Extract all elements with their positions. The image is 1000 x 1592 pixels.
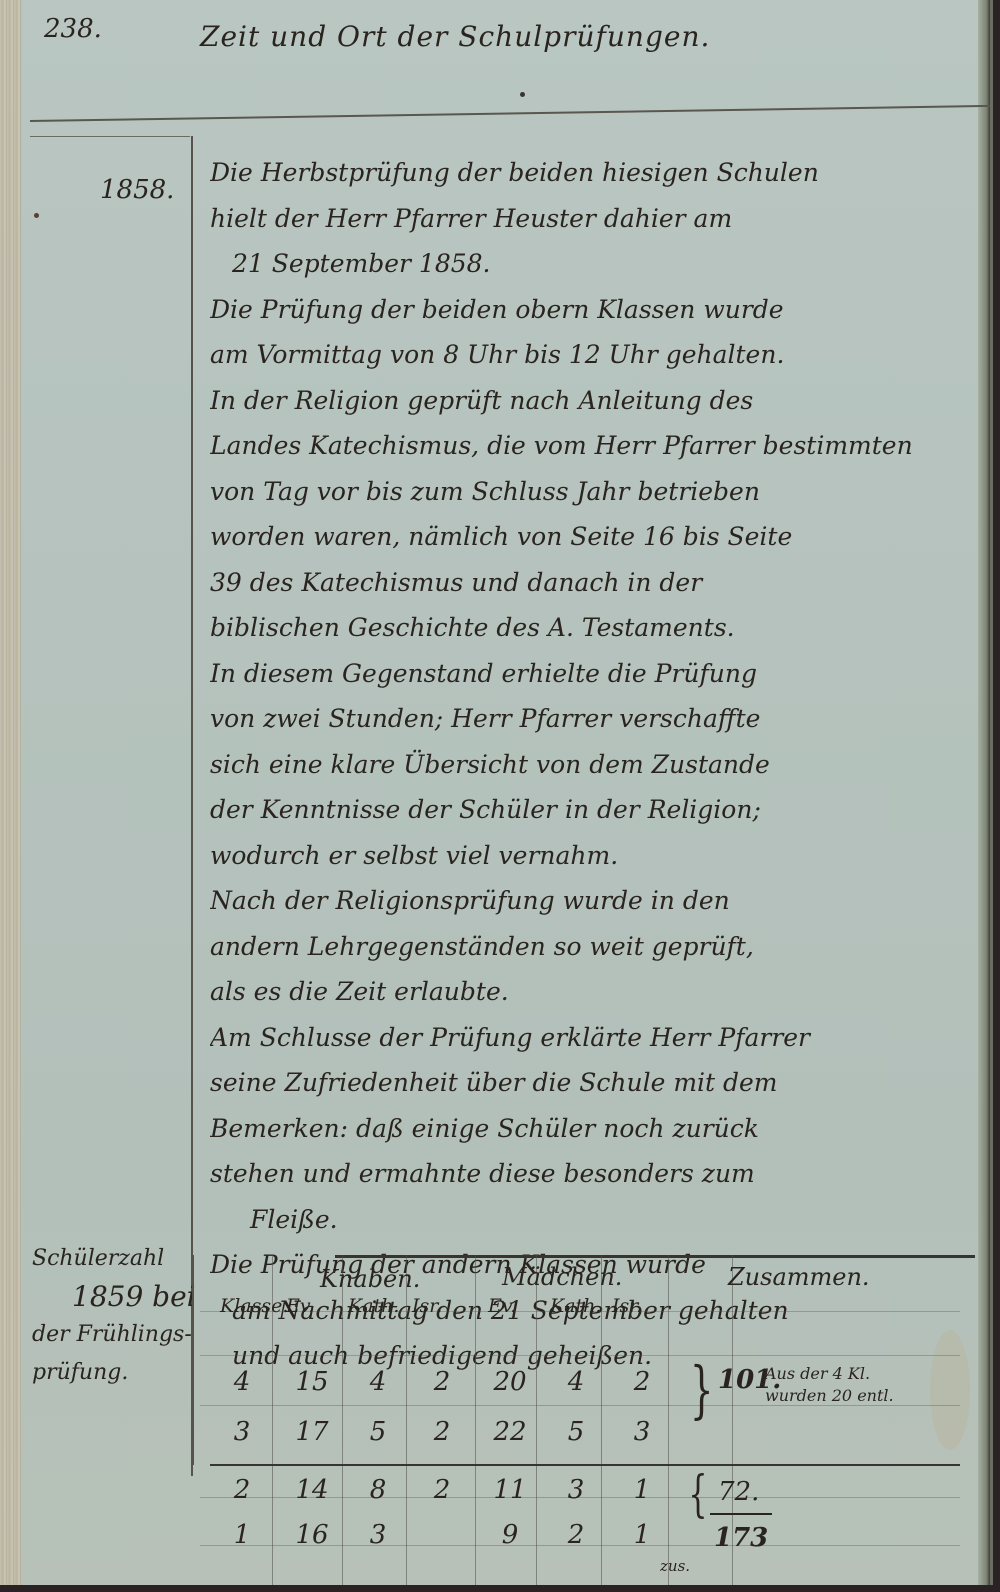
text-line: am Vormittag von 8 Uhr bis 12 Uhr gehalt… (210, 332, 970, 378)
text-line: der Kenntnisse der Schüler in der Religi… (210, 787, 970, 833)
col-girls-ev: Ev. (488, 1295, 516, 1317)
note-line: Schülerzahl (32, 1240, 212, 1278)
text-line: sich eine klare Übersicht von dem Zustan… (210, 742, 970, 788)
note-year: 1859 bei (32, 1278, 212, 1316)
cell-boys-kath: 3 (348, 1520, 408, 1550)
sum-rule (710, 1513, 772, 1515)
text-line: Fleiße. (210, 1197, 970, 1243)
page-number: 238. (44, 14, 102, 44)
remark-line: Aus der 4 Kl. (765, 1363, 894, 1385)
text-line: worden waren, nämlich von Seite 16 bis S… (210, 514, 970, 560)
text-line: andern Lehrgegenständen so weit geprüft, (210, 924, 970, 970)
grand-total: 173 (714, 1523, 768, 1553)
cell-girls-isr: 3 (612, 1417, 672, 1447)
margin-top-rule (30, 136, 190, 137)
text-line: In diesem Gegenstand erhielte die Prüfun… (210, 651, 970, 697)
header-boys: Knaben. (320, 1265, 420, 1293)
entry-text: Die Herbstprüfung der beiden hiesigen Sc… (210, 150, 970, 1379)
text-line: seine Zufriedenheit über die Schule mit … (210, 1060, 970, 1106)
cell-boys-ev: 17 (282, 1417, 342, 1447)
subtotal-remark: Aus der 4 Kl. wurden 20 entl. (765, 1363, 894, 1407)
cell-girls-kath: 4 (546, 1367, 606, 1397)
cell-klasse: 4 (212, 1367, 272, 1397)
entry-year: 1858. (100, 175, 174, 205)
cell-girls-kath: 5 (546, 1417, 606, 1447)
text-line: wodurch er selbst viel vernahm. (210, 833, 970, 879)
text-line: 39 des Katechismus und danach in der (210, 560, 970, 606)
cell-girls-ev: 20 (480, 1367, 540, 1397)
text-line: In der Religion geprüft nach Anleitung d… (210, 378, 970, 424)
cell-girls-ev: 9 (480, 1520, 540, 1550)
text-line: von zwei Stunden; Herr Pfarrer verschaff… (210, 696, 970, 742)
text-line: Die Prüfung der beiden obern Klassen wur… (210, 287, 970, 333)
cell-klasse: 1 (212, 1520, 272, 1550)
cell-girls-isr: 1 (612, 1475, 672, 1505)
cell-girls-isr: 2 (612, 1367, 672, 1397)
text-line: von Tag vor bis zum Schluss Jahr betrieb… (210, 469, 970, 515)
note-line: der Frühlings- (32, 1316, 212, 1354)
cell-girls-ev: 11 (480, 1475, 540, 1505)
col-girls-isr: Isr. (612, 1295, 642, 1317)
text-line: biblischen Geschichte des A. Testaments. (210, 605, 970, 651)
header-girls: Mädchen. (502, 1263, 622, 1291)
grand-total-label: zus. (660, 1555, 690, 1577)
col-klasse: Klasse. (220, 1295, 288, 1317)
cell-boys-ev: 16 (282, 1520, 342, 1550)
page-title: Zeit und Ort der Schulprüfungen. (200, 20, 710, 53)
enrollment-note: Schülerzahl 1859 bei der Frühlings- prüf… (32, 1240, 212, 1392)
cell-boys-ev: 14 (282, 1475, 342, 1505)
note-line: prüfung. (32, 1354, 212, 1392)
cell-boys-kath: 4 (348, 1367, 408, 1397)
brace-upper: } (690, 1353, 714, 1426)
cell-boys-kath: 8 (348, 1475, 408, 1505)
text-line: hielt der Herr Pfarrer Heuster dahier am (210, 196, 970, 242)
col-boys-ev: Ev. (286, 1295, 314, 1317)
col-boys-isr: Isr. (412, 1295, 442, 1317)
col-girls-kath: Kath. (550, 1295, 601, 1317)
text-line: Nach der Religionsprüfung wurde in den (210, 878, 970, 924)
cell-boys-ev: 15 (282, 1367, 342, 1397)
cell-boys-kath: 5 (348, 1417, 408, 1447)
cell-girls-kath: 3 (546, 1475, 606, 1505)
binding-edge (0, 0, 22, 1585)
cell-boys-isr: 2 (412, 1417, 472, 1447)
text-line: Bemerken: daß einige Schüler noch zurück (210, 1106, 970, 1152)
cell-boys-isr: 2 (412, 1475, 472, 1505)
text-line: Landes Katechismus, die vom Herr Pfarrer… (210, 423, 970, 469)
col-boys-kath: Kath. (348, 1295, 399, 1317)
cell-klasse: 3 (212, 1417, 272, 1447)
remark-line: wurden 20 entl. (765, 1385, 894, 1407)
enrollment-table: Knaben. Mädchen. Zusammen. Klasse. Ev. K… (220, 1255, 980, 1585)
subtotal-lower: 72. (718, 1477, 759, 1507)
ledger-page: 238. Zeit und Ort der Schulprüfungen. 18… (0, 0, 993, 1585)
cell-girls-ev: 22 (480, 1417, 540, 1447)
cell-klasse: 2 (212, 1475, 272, 1505)
text-line: als es die Zeit erlaubte. (210, 969, 970, 1015)
text-line: Die Herbstprüfung der beiden hiesigen Sc… (210, 150, 970, 196)
header-total: Zusammen. (728, 1263, 870, 1291)
cell-girls-isr: 1 (612, 1520, 672, 1550)
header-rule (30, 105, 990, 122)
brace-lower: { (688, 1465, 707, 1523)
text-line: stehen und ermahnte diese besonders zum (210, 1151, 970, 1197)
cell-boys-isr: 2 (412, 1367, 472, 1397)
text-line: Am Schlusse der Prüfung erklärte Herr Pf… (210, 1015, 970, 1061)
text-line: 21 September 1858. (210, 241, 970, 287)
cell-girls-kath: 2 (546, 1520, 606, 1550)
